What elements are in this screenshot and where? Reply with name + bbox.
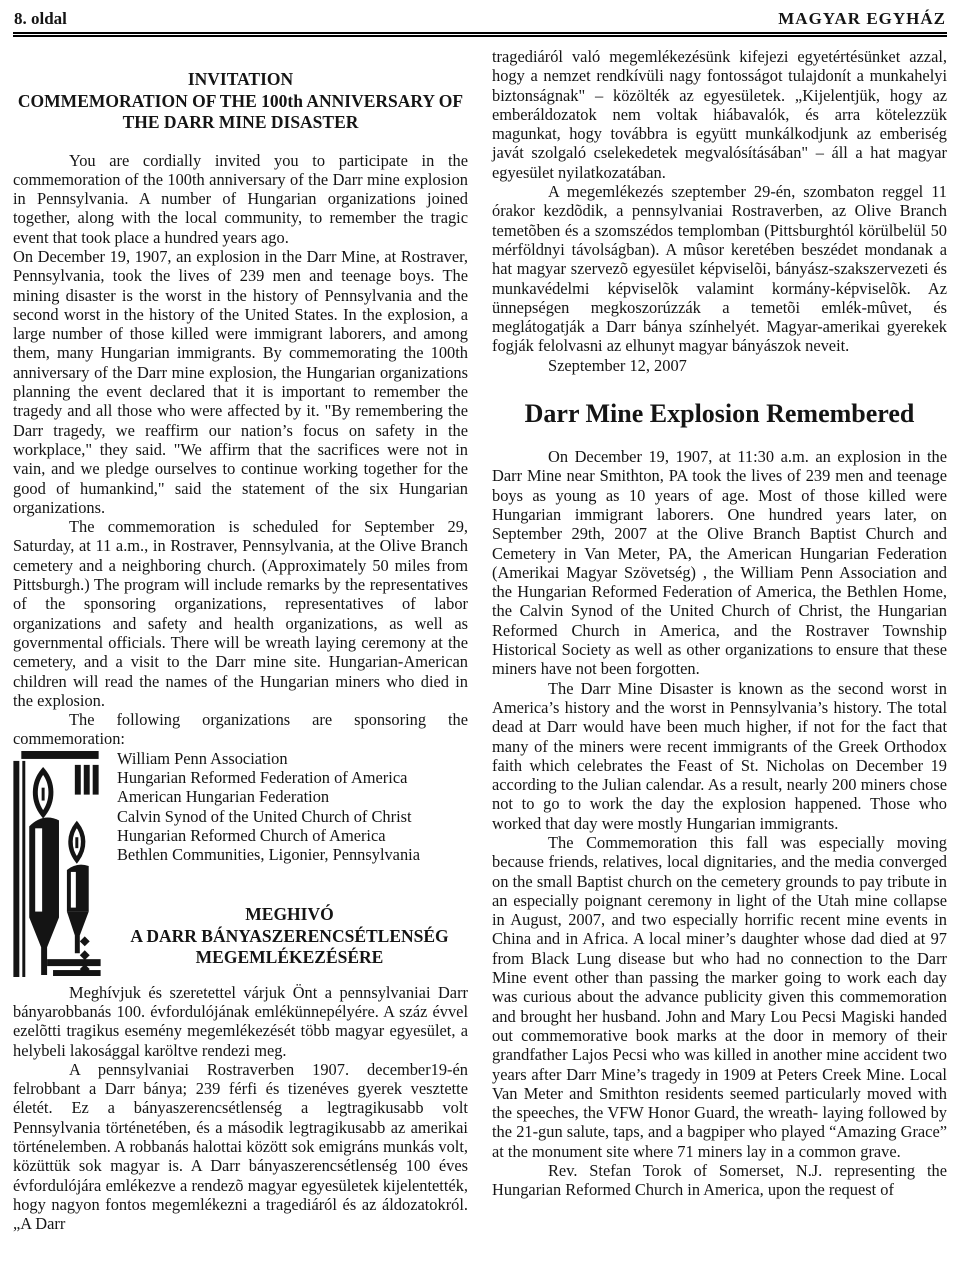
memorial-candles-icon bbox=[13, 751, 101, 977]
paragraph: You are cordially invited you to partici… bbox=[13, 151, 468, 247]
publication-title: MAGYAR EGYHÁZ bbox=[778, 9, 946, 29]
paragraph: The Darr Mine Disaster is known as the s… bbox=[492, 679, 947, 833]
paragraph: The commemoration is scheduled for Septe… bbox=[13, 517, 468, 710]
paragraph: A pennsylvaniai Rostraverben 1907. decem… bbox=[13, 1060, 468, 1234]
paragraph: The following organizations are sponsori… bbox=[13, 710, 468, 749]
invitation-heading-line-1: INVITATION bbox=[13, 69, 468, 91]
page-number-label: 8. oldal bbox=[14, 9, 67, 29]
date-line: Szeptember 12, 2007 bbox=[492, 356, 947, 375]
page-header: 8. oldal MAGYAR EGYHÁZ bbox=[13, 0, 947, 37]
two-column-body: INVITATION COMMEMORATION OF THE 100th AN… bbox=[13, 47, 947, 1234]
paragraph: Rev. Stefan Torok of Somerset, N.J. repr… bbox=[492, 1161, 947, 1200]
paragraph: Meghívjuk és szeretettel várjuk Önt a pe… bbox=[13, 983, 468, 1060]
invitation-heading-line-3: THE DARR MINE DISASTER bbox=[13, 112, 468, 134]
paragraph: On December 19, 1907, at 11:30 a.m. an e… bbox=[492, 447, 947, 679]
invitation-heading-line-2: COMMEMORATION OF THE 100th ANNIVERSARY O… bbox=[13, 91, 468, 113]
paragraph: A megemlékezés szeptember 29-én, szombat… bbox=[492, 182, 947, 356]
invitation-heading: INVITATION COMMEMORATION OF THE 100th AN… bbox=[13, 69, 468, 134]
paragraph: The Commemoration this fall was especial… bbox=[492, 833, 947, 1161]
paragraph: On December 19, 1907, an explosion in th… bbox=[13, 247, 468, 517]
left-column: INVITATION COMMEMORATION OF THE 100th AN… bbox=[13, 47, 468, 1234]
document-page: 8. oldal MAGYAR EGYHÁZ INVITATION COMMEM… bbox=[0, 0, 960, 1234]
paragraph: tragediáról való megemlékezésünk kifejez… bbox=[492, 47, 947, 182]
article-title: Darr Mine Explosion Remembered bbox=[492, 399, 947, 429]
right-column: tragediáról való megemlékezésünk kifejez… bbox=[492, 47, 947, 1234]
